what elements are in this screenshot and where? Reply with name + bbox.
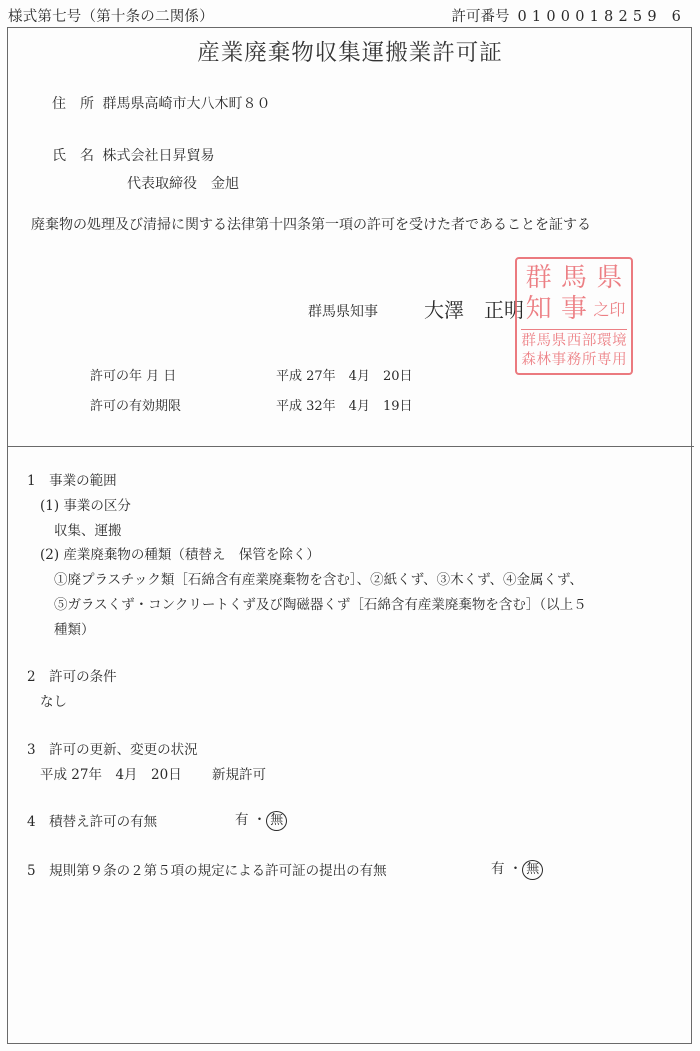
seal-char: 知 — [521, 294, 556, 325]
permit-date-value: 平成 27年 4月 20日 — [276, 365, 413, 384]
representative: 代表取締役 金旭 — [127, 173, 239, 193]
seal-char: 馬 — [556, 263, 591, 294]
seal-char: 林 — [536, 351, 551, 370]
seal-char: 馬 — [536, 332, 551, 351]
issuer-title: 群馬県知事 — [308, 301, 378, 321]
permit-date-label: 許可の年 月 日 — [90, 365, 176, 384]
section-1-sub1-value: 収集、運搬 — [54, 519, 122, 539]
official-seal: 県 馬 群 之印 事 知 群 馬 県 西 部 環 境 森 林 事 務 所 専 用 — [515, 257, 633, 375]
section-1-sub2-label: (2) 産業廃棄物の種類（積替え 保管を除く） — [40, 543, 320, 563]
permit-number: 許可番号0100018259 6 — [452, 5, 687, 26]
expiry-label: 許可の有効期限 — [90, 395, 181, 414]
seal-char: 用 — [612, 351, 627, 370]
seal-char: 群 — [521, 332, 536, 351]
statement: 廃棄物の処理及び清掃に関する法律第十四条第一項の許可を受けた者であることを証する — [31, 214, 591, 234]
seal-char: 専 — [597, 351, 612, 370]
seal-char: 之印 — [592, 294, 627, 325]
seal-char: 環 — [597, 332, 612, 351]
company-name: 株式会社日昇貿易 — [102, 148, 214, 164]
section-3-date: 平成 27年 4月 20日 — [40, 763, 182, 783]
name-row: 氏 名 株式会社日昇貿易 — [52, 145, 214, 165]
option-separator: ・ — [509, 861, 523, 877]
seal-char: 務 — [566, 351, 581, 370]
section-5-options: 有 ・無 — [491, 857, 543, 880]
address-label: 住 所 — [52, 96, 94, 112]
certificate-title: 産業廃棄物収集運搬業許可証 — [0, 35, 700, 67]
seal-char: 事 — [551, 351, 566, 370]
seal-bottom: 群 馬 県 西 部 環 境 森 林 事 務 所 専 用 — [521, 329, 627, 370]
seal-top: 県 馬 群 之印 事 知 — [521, 263, 627, 325]
seal-char: 境 — [612, 332, 627, 351]
option-no-circled: 無 — [266, 811, 287, 831]
seal-char: 西 — [566, 332, 581, 351]
seal-char: 森 — [521, 351, 536, 370]
seal-char: 群 — [521, 263, 556, 294]
seal-char: 事 — [556, 294, 591, 325]
address-row: 住 所 群馬県高崎市大八木町８０ — [52, 93, 270, 113]
section-divider — [7, 446, 694, 447]
waste-types-line-1: ①廃プラスチック類［石綿含有産業廃棄物を含む］、②紙くず、③木くず、④金属くず、 — [54, 568, 583, 588]
waste-types-line-2: ⑤ガラスくず・コンクリートくず及び陶磁器くず［石綿含有産業廃棄物を含む］（以上５ — [54, 593, 587, 613]
issuer-name: 大澤 正明 — [424, 294, 524, 323]
seal-char: 部 — [582, 332, 597, 351]
section-5-heading: 5 規則第９条の２第５項の規定による許可証の提出の有無 — [27, 859, 387, 879]
seal-char: 所 — [582, 351, 597, 370]
section-2-heading: 2 許可の条件 — [27, 665, 117, 685]
seal-char: 県 — [592, 263, 627, 294]
form-label: 様式第七号（第十条の二関係） — [8, 5, 214, 26]
option-yes: 有 — [491, 861, 505, 877]
expiry-value: 平成 32年 4月 19日 — [276, 395, 413, 414]
section-1-heading: 1 事業の範囲 — [27, 469, 117, 489]
seal-char: 県 — [551, 332, 566, 351]
section-2-value: なし — [40, 690, 67, 710]
address-value: 群馬県高崎市大八木町８０ — [102, 96, 270, 112]
section-3-status: 新規許可 — [212, 763, 266, 783]
section-3-heading: 3 許可の更新、変更の状況 — [27, 738, 198, 758]
option-yes: 有 — [235, 812, 249, 828]
section-4-options: 有 ・無 — [235, 808, 287, 831]
permit-number-value: 0100018259 6 — [518, 9, 687, 25]
permit-number-label: 許可番号 — [452, 9, 510, 25]
name-label: 氏 名 — [52, 148, 94, 164]
section-4-heading: 4 積替え許可の有無 — [27, 810, 157, 830]
section-1-sub1-label: (1) 事業の区分 — [40, 494, 131, 514]
option-separator: ・ — [253, 812, 267, 828]
option-no-circled: 無 — [522, 860, 543, 880]
waste-types-line-3: 種類） — [54, 618, 95, 638]
